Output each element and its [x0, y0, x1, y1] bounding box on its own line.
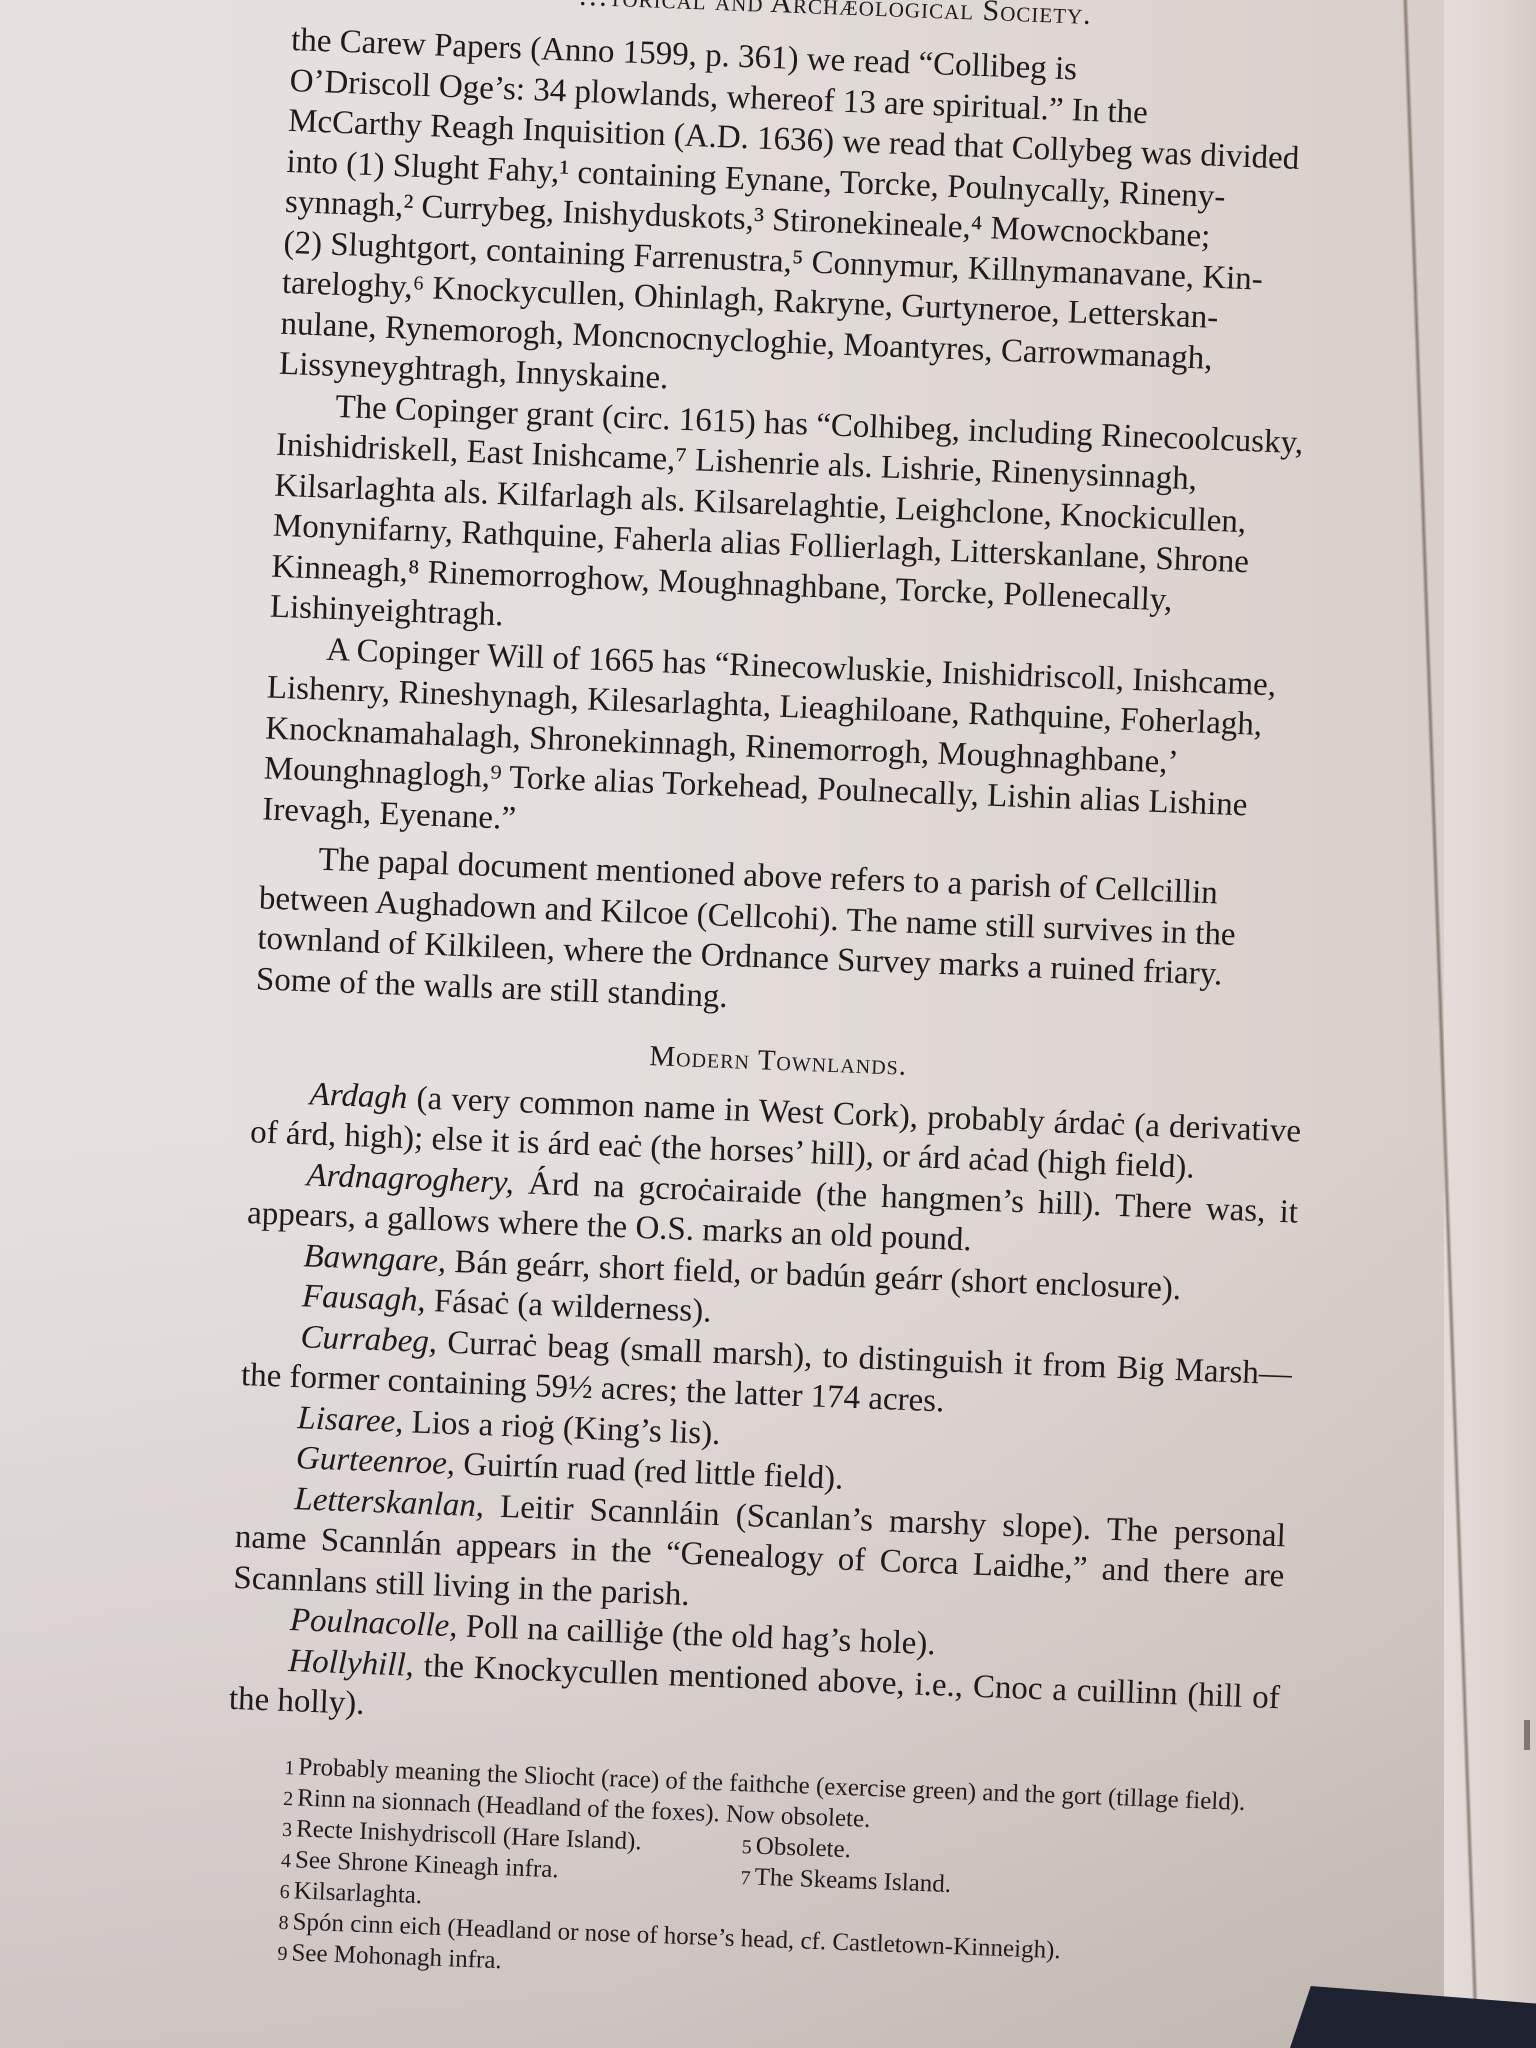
townland-term: Hollyhill, [288, 1643, 415, 1684]
townland-term: Ardagh [309, 1076, 408, 1116]
page-text-block: …torical and Archæological Society. the … [219, 20, 1341, 2006]
townland-term: Lisaree, [297, 1400, 404, 1440]
footnote-text: Obsolete. [755, 1832, 851, 1863]
facing-page-edge [1444, 0, 1536, 2048]
footnote-number: 3 [282, 1818, 293, 1840]
townland-term: Ardnagroghery, [306, 1157, 515, 1201]
footnote-number: 9 [277, 1942, 288, 1964]
footnote-number: 1 [284, 1756, 295, 1778]
footnote-number: 6 [279, 1880, 290, 1902]
footnote-text: The Skeams Island. [754, 1863, 951, 1897]
paragraph-papal-document: The papal document mentioned above refer… [255, 837, 1310, 1038]
townland-term: Currabeg, [300, 1319, 438, 1360]
footnote-number: 4 [281, 1849, 292, 1871]
footnote-text: See Mohonagh infra. [291, 1939, 502, 1974]
townland-term: Gurteenroe, [295, 1440, 455, 1482]
townland-term: Bawngare, [303, 1238, 447, 1279]
facing-page-text-fragment [1524, 1720, 1530, 1750]
paragraph-copinger-will: A Copinger Will of 1665 has “Rinecowlusk… [262, 627, 1319, 869]
footnote-number: 5 [741, 1836, 752, 1858]
townland-term: Letterskanlan, [294, 1481, 485, 1524]
footnote-number: 7 [740, 1867, 751, 1889]
townland-term: Fausagh, [301, 1278, 426, 1319]
paragraph-copinger-grant: The Copinger grant (circ. 1615) has “Col… [269, 384, 1327, 666]
footnotes: 1Probably meaning the Sliocht (race) of … [219, 1749, 1276, 2005]
footnote-number: 8 [278, 1911, 289, 1933]
footnote-text: Kilsarlaghta. [293, 1877, 422, 1909]
paragraph-carew: the Carew Papers (Anno 1599, p. 361) we … [278, 20, 1341, 424]
footnote-number: 2 [283, 1787, 294, 1809]
townland-term: Poulnacolle, [289, 1602, 458, 1644]
